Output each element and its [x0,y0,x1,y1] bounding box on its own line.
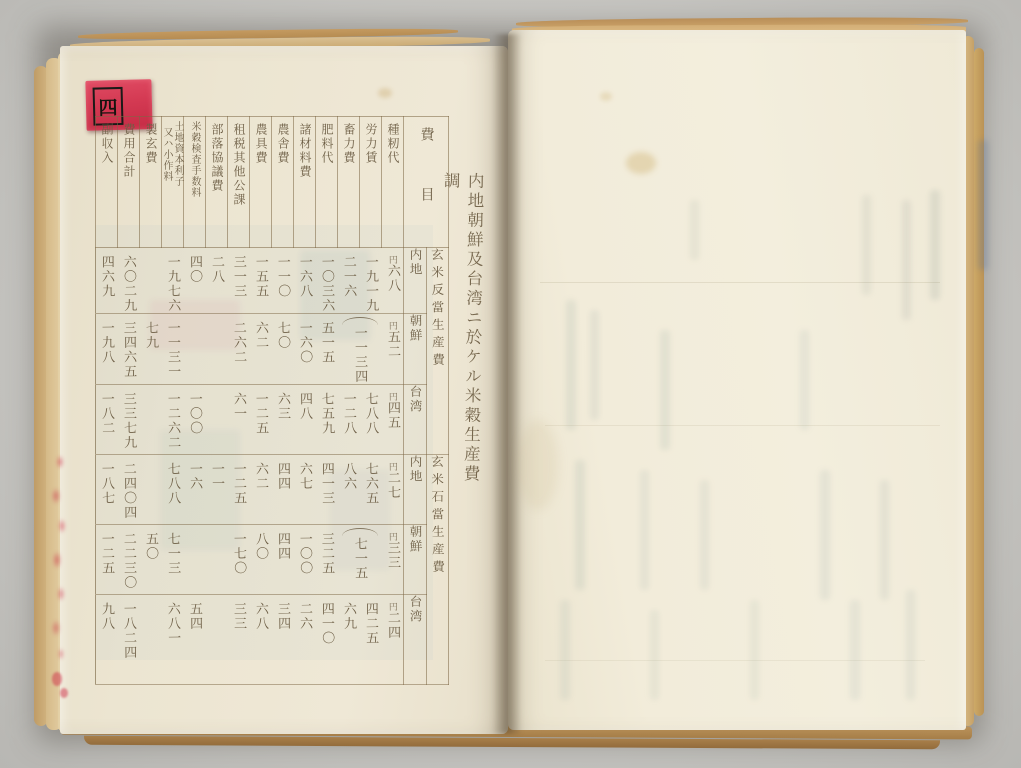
column-header-item-9: 米穀検査手数料 [184,117,206,248]
value-cell: 二四〇四 [118,455,140,525]
value-cell: 四一三 [316,455,338,525]
value-cell: 一八七 [96,455,118,525]
value-cell: 三三 [228,595,250,685]
value-cell [206,314,228,385]
right-page-stack-edge [974,48,984,716]
value-cell: 円二四 [382,595,404,685]
value-cell: 七六五 [360,455,382,525]
column-header-item-10: 土地資本利子 又ハ小作料 [162,117,184,248]
value-cell: 四〇 [184,248,206,314]
value-cell: 二六 [294,595,316,685]
column-header-item-7: 租税其他公課 [228,117,250,248]
row-group-label: 玄米反當生産費 [426,248,449,455]
row-region-label: 台湾 [404,385,427,455]
value-cell: 六一 [228,385,250,455]
value-cell: 三四 [272,595,294,685]
value-cell: 六〇二九 [118,248,140,314]
value-cell: 一九七六 [162,248,184,314]
column-header-item-3: 肥料代 [316,117,338,248]
photo-of-open-book: { "tab": { "label": "四" }, "title": "内地朝… [0,0,1021,768]
value-cell: 一二五 [250,385,272,455]
column-header-item-5: 農舎費 [272,117,294,248]
value-cell: 一一〇 [272,248,294,314]
value-cell: 七五九 [316,385,338,455]
value-cell: 円六八 [382,248,404,314]
value-cell: 三四六五 [118,314,140,385]
value-cell: 二一六 [338,248,360,314]
table-row: 玄米石當生産費内地円二七七六五八六四一三六七四四六二一二五一一一六七八八二四〇四… [96,455,449,525]
value-cell: 六七 [294,455,316,525]
value-cell: 七一三 [162,525,184,595]
table-row: 台湾円二四四二五六九四一〇二六三四六八三三五四六八一一八二四九八 [96,595,449,685]
value-cell [206,385,228,455]
value-cell [140,595,162,685]
value-cell [206,595,228,685]
value-cell: 一二五 [96,525,118,595]
red-edge-stamps [46,448,74,666]
value-cell: 七八八 [360,385,382,455]
value-cell: 四一〇 [316,595,338,685]
column-header-item-1: 労力賃 [360,117,382,248]
value-cell [140,248,162,314]
value-cell: 六八 [250,595,272,685]
row-region-label: 内地 [404,248,427,314]
value-cell: 五〇 [140,525,162,595]
value-cell: 七九 [140,314,162,385]
value-cell: 四二五 [360,595,382,685]
right-page [508,30,966,730]
value-cell: 四四 [272,525,294,595]
brace-mark [342,528,378,536]
column-header-himoku: 費目 [404,117,449,248]
value-cell: 八〇 [250,525,272,595]
value-cell: 円三三 [382,525,404,595]
value-cell: 七一五 [338,525,382,595]
value-cell: 一八二四 [118,595,140,685]
value-cell: 四八 [294,385,316,455]
column-header-item-13: 副収入 [96,117,118,248]
row-region-label: 朝鮮 [404,314,427,385]
column-header-item-6: 農具費 [250,117,272,248]
value-cell: 一二五 [228,455,250,525]
value-cell: 三三七九 [118,385,140,455]
value-cell: 一九八 [96,314,118,385]
value-cell: 一六八 [294,248,316,314]
row-region-label: 朝鮮 [404,525,427,595]
value-cell: 二八 [206,248,228,314]
value-cell: 一〇三六 [316,248,338,314]
brace-mark [342,317,378,325]
table-row: 朝鮮円五二一一三四五一五一六〇七〇六二二六二一一三一七九三四六五一九八 [96,314,449,385]
value-cell: 一九一九 [360,248,382,314]
row-region-label: 内地 [404,455,427,525]
value-cell: 一一三一 [162,314,184,385]
value-cell: 一七〇 [228,525,250,595]
value-cell: 六三 [272,385,294,455]
value-cell: 一〇〇 [184,385,206,455]
value-cell: 二六二 [228,314,250,385]
value-cell: 八六 [338,455,360,525]
value-cell [184,525,206,595]
value-cell [140,385,162,455]
value-cell: 円二七 [382,455,404,525]
column-header-item-12: 費用合計 [118,117,140,248]
column-header-item-4: 諸材料費 [294,117,316,248]
red-edge-stamp [60,688,68,698]
value-cell: 六九 [338,595,360,685]
value-cell [206,525,228,595]
red-edge-stamp [52,672,62,686]
column-header-item-11: 製玄費 [140,117,162,248]
column-header-item-8: 部落協議費 [206,117,228,248]
value-cell: 五一五 [316,314,338,385]
value-cell: 六八一 [162,595,184,685]
table-row: 台湾円四五七八八一二八七五九四八六三一二五六一一〇〇一二六二三三七九一八二 [96,385,449,455]
book-gutter-shadow [492,34,522,734]
table-row: 玄米反當生産費内地円六八一九一九二一六一〇三六一六八一一〇一五五三一三二八四〇一… [96,248,449,314]
value-cell: 七八八 [162,455,184,525]
value-cell: 七〇 [272,314,294,385]
value-cell: 円四五 [382,385,404,455]
value-cell: 一二八 [338,385,360,455]
value-cell: 三一三 [228,248,250,314]
value-cell: 一六 [184,455,206,525]
value-cell: 一五五 [250,248,272,314]
value-cell [140,455,162,525]
value-cell: 一八二 [96,385,118,455]
value-cell: 一一 [206,455,228,525]
value-cell: 六二 [250,455,272,525]
column-header-item-2: 畜力費 [338,117,360,248]
value-cell: 五四 [184,595,206,685]
value-cell: 四六九 [96,248,118,314]
table-row: 朝鮮円三三七一五三二五一〇〇四四八〇一七〇七一三五〇二二三〇一二五 [96,525,449,595]
production-cost-table: 費目種籾代労力賃畜力費肥料代諸材料費農舎費農具費租税其他公課部落協議費米穀検査手… [95,116,449,685]
value-cell: 一〇〇 [294,525,316,595]
value-cell: 四四 [272,455,294,525]
row-group-label: 玄米石當生産費 [426,455,449,685]
value-cell: 一一三四 [338,314,382,385]
value-cell [184,314,206,385]
value-cell: 六二 [250,314,272,385]
row-region-label: 台湾 [404,595,427,685]
value-cell: 円五二 [382,314,404,385]
value-cell: 九八 [96,595,118,685]
value-cell: 一二六二 [162,385,184,455]
value-cell: 一六〇 [294,314,316,385]
cost-table: 費目種籾代労力賃畜力費肥料代諸材料費農舎費農具費租税其他公課部落協議費米穀検査手… [95,116,449,685]
value-cell: 三二五 [316,525,338,595]
value-cell: 二二三〇 [118,525,140,595]
column-header-item-0: 種籾代 [382,117,404,248]
